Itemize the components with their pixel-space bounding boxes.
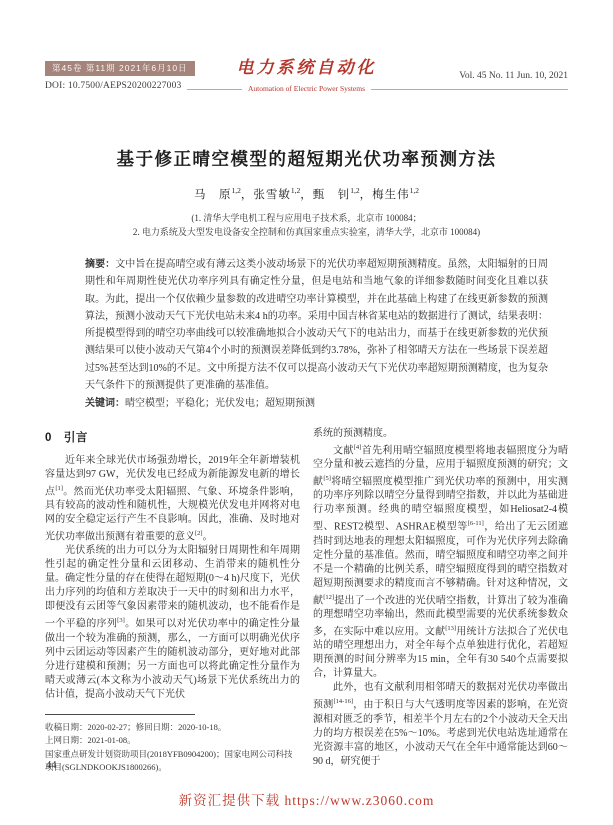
section-heading-introduction: 0引言 [45,429,300,445]
section-title: 引言 [64,432,88,444]
author-affiliation-sup: 1,2 [232,186,241,195]
issue-badge: 第45卷 第11期 2021年6月10日 [45,61,195,76]
author-affiliation-sup: 1,2 [350,186,359,195]
footnote-block: 收稿日期：2020-02-27；修回日期：2020-10-18。 上网日期：20… [45,714,300,775]
footnote-line: 上网日期：2021-01-08。 [45,734,300,748]
body-paragraph: 文献[4]首先利用晴空辐照度模型将地表辐照度分为晴空分量和被云遮挡的分量，应用于… [313,441,568,682]
right-column: 系统的预测精度。 文献[4]首先利用晴空辐照度模型将地表辐照度分为晴空分量和被云… [313,427,568,775]
left-column: 0引言 近年来全球光伏市场强劲增长，2019年全年新增装机容量达到97 GW，光… [45,427,300,775]
footnote-line: 收稿日期：2020-02-27；修回日期：2020-10-18。 [45,721,300,735]
header-left: 第45卷 第11期 2021年6月10日 DOI: 10.7500/AEPS20… [45,58,195,91]
affiliations-block: (1. 清华大学电机工程与应用电子技术系，北京市 100084； 2. 电力系统… [0,211,613,239]
author-affiliation-sup: 1,2 [291,186,300,195]
watermark-download-link: 新资汇提供下载 https://www.z3060.com [0,789,613,809]
journal-logo: 电力系统自动化 Automation of Electric Power Sys… [182,58,432,96]
author-name: 马 原 [194,189,232,201]
keywords-text: 晴空模型；平稳化；光伏发电；超短期预测 [125,398,315,409]
author-name: 甄 钊 [313,189,351,201]
journal-name-english: Automation of Electric Power Systems [242,84,371,94]
keywords-line: 关键词：晴空模型；平稳化；光伏发电；超短期预测 [85,395,548,412]
volume-info: Vol. 45 No. 11 Jun. 10, 2021 [453,71,568,81]
abstract-block: 摘要：文中旨在提高晴空或有薄云这类小波动场景下的光伏功率超短期预测精度。虽然，太… [85,256,548,413]
body-columns: 0引言 近年来全球光伏市场强劲增长，2019年全年新增装机容量达到97 GW，光… [45,427,568,775]
affiliation-line: 2. 电力系统及大型发电设备安全控制和仿真国家重点实验室，清华大学，北京市 10… [0,225,613,239]
body-paragraph: 光伏系统的出力可以分为太阳辐射日周期性和年周期性引起的确定性分量和云团移动、生消… [45,544,300,701]
affiliation-line: (1. 清华大学电机工程与应用电子技术系，北京市 100084； [0,211,613,225]
doi-text: DOI: 10.7500/AEPS20200227003 [45,81,195,91]
abstract-paragraph: 摘要：文中旨在提高晴空或有薄云这类小波动场景下的光伏功率超短期预测精度。虽然，太… [85,256,548,394]
body-paragraph: 此外，也有文献利用相邻晴天的数据对光伏功率做出预测[14-16]，由于积日与大气… [313,681,568,768]
footnote-rule [45,714,195,715]
journal-name-chinese: 电力系统自动化 [182,58,432,78]
journal-header: 第45卷 第11期 2021年6月10日 DOI: 10.7500/AEPS20… [45,58,568,110]
body-paragraph: 近年来全球光伏市场强劲增长，2019年全年新增装机容量达到97 GW，光伏发电已… [45,454,300,545]
section-number: 0 [45,432,52,444]
authors-line: 马 原1,2，张雪敏1,2，甄 钊1,2，梅生伟1,2 [0,186,613,202]
keywords-label: 关键词： [85,398,125,409]
footnote-line: 国家重点研发计划资助项目(2018YFB0904200)；国家电网公司科技项目(… [45,748,300,775]
body-paragraph: 系统的预测精度。 [313,427,568,441]
author-separator: ， [241,189,254,201]
paper-title: 基于修正晴空模型的超短期光伏功率预测方法 [0,146,613,171]
author-separator: ， [360,189,373,201]
author-name: 张雪敏 [253,189,291,201]
author-name: 梅生伟 [372,189,410,201]
page-number: 44 [46,760,57,771]
abstract-text: 文中旨在提高晴空或有薄云这类小波动场景下的光伏功率超短期预测精度。虽然，太阳辐射… [85,259,548,391]
author-separator: ， [300,189,313,201]
paper-page: 第45卷 第11期 2021年6月10日 DOI: 10.7500/AEPS20… [0,0,613,825]
author-affiliation-sup: 1,2 [410,186,419,195]
abstract-label: 摘要： [85,259,115,270]
